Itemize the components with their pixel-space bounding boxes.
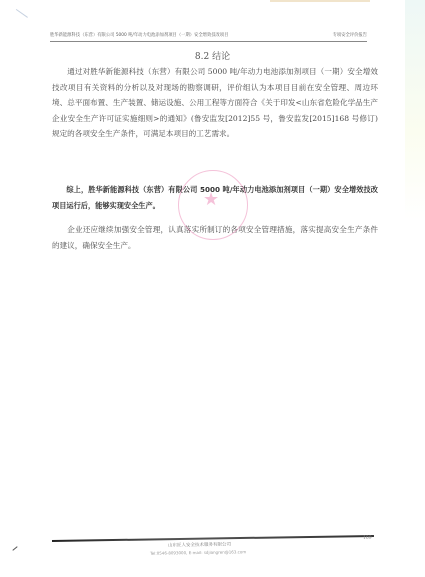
scan-artifact-right [405, 0, 425, 220]
paragraph-evaluation: 通过对胜华新能源科技（东营）有限公司 5000 吨/年动力电池添加剂项目（一期）… [52, 64, 378, 142]
header-project-title: 胜华新能源科技（东营）有限公司 5000 吨/年动力电池添加剂项目（一期）安全增… [50, 31, 228, 40]
pen-mark [10, 9, 28, 26]
company-seal: ★ [178, 170, 248, 240]
page-header: 胜华新能源科技（东营）有限公司 5000 吨/年动力电池添加剂项目（一期）安全增… [50, 31, 367, 42]
header-report-type: 专项安全评价报告 [333, 31, 367, 40]
paragraph-text: 通过对胜华新能源科技（东营）有限公司 5000 吨/年动力电池添加剂项目（一期）… [52, 64, 378, 142]
footer-company-name: 山东匠人安全技术服务有限公司 [168, 542, 231, 549]
seal-star-icon: ★ [203, 189, 219, 210]
section-title: 8.2 结论 [0, 49, 425, 62]
page-number: 109 [363, 536, 372, 541]
pen-mark-bottom [12, 546, 17, 551]
footer-contact-info: Tel:0546-8093000, E-mail: sdjiangren@163… [150, 549, 246, 556]
scan-artifact-top [270, 0, 370, 2]
